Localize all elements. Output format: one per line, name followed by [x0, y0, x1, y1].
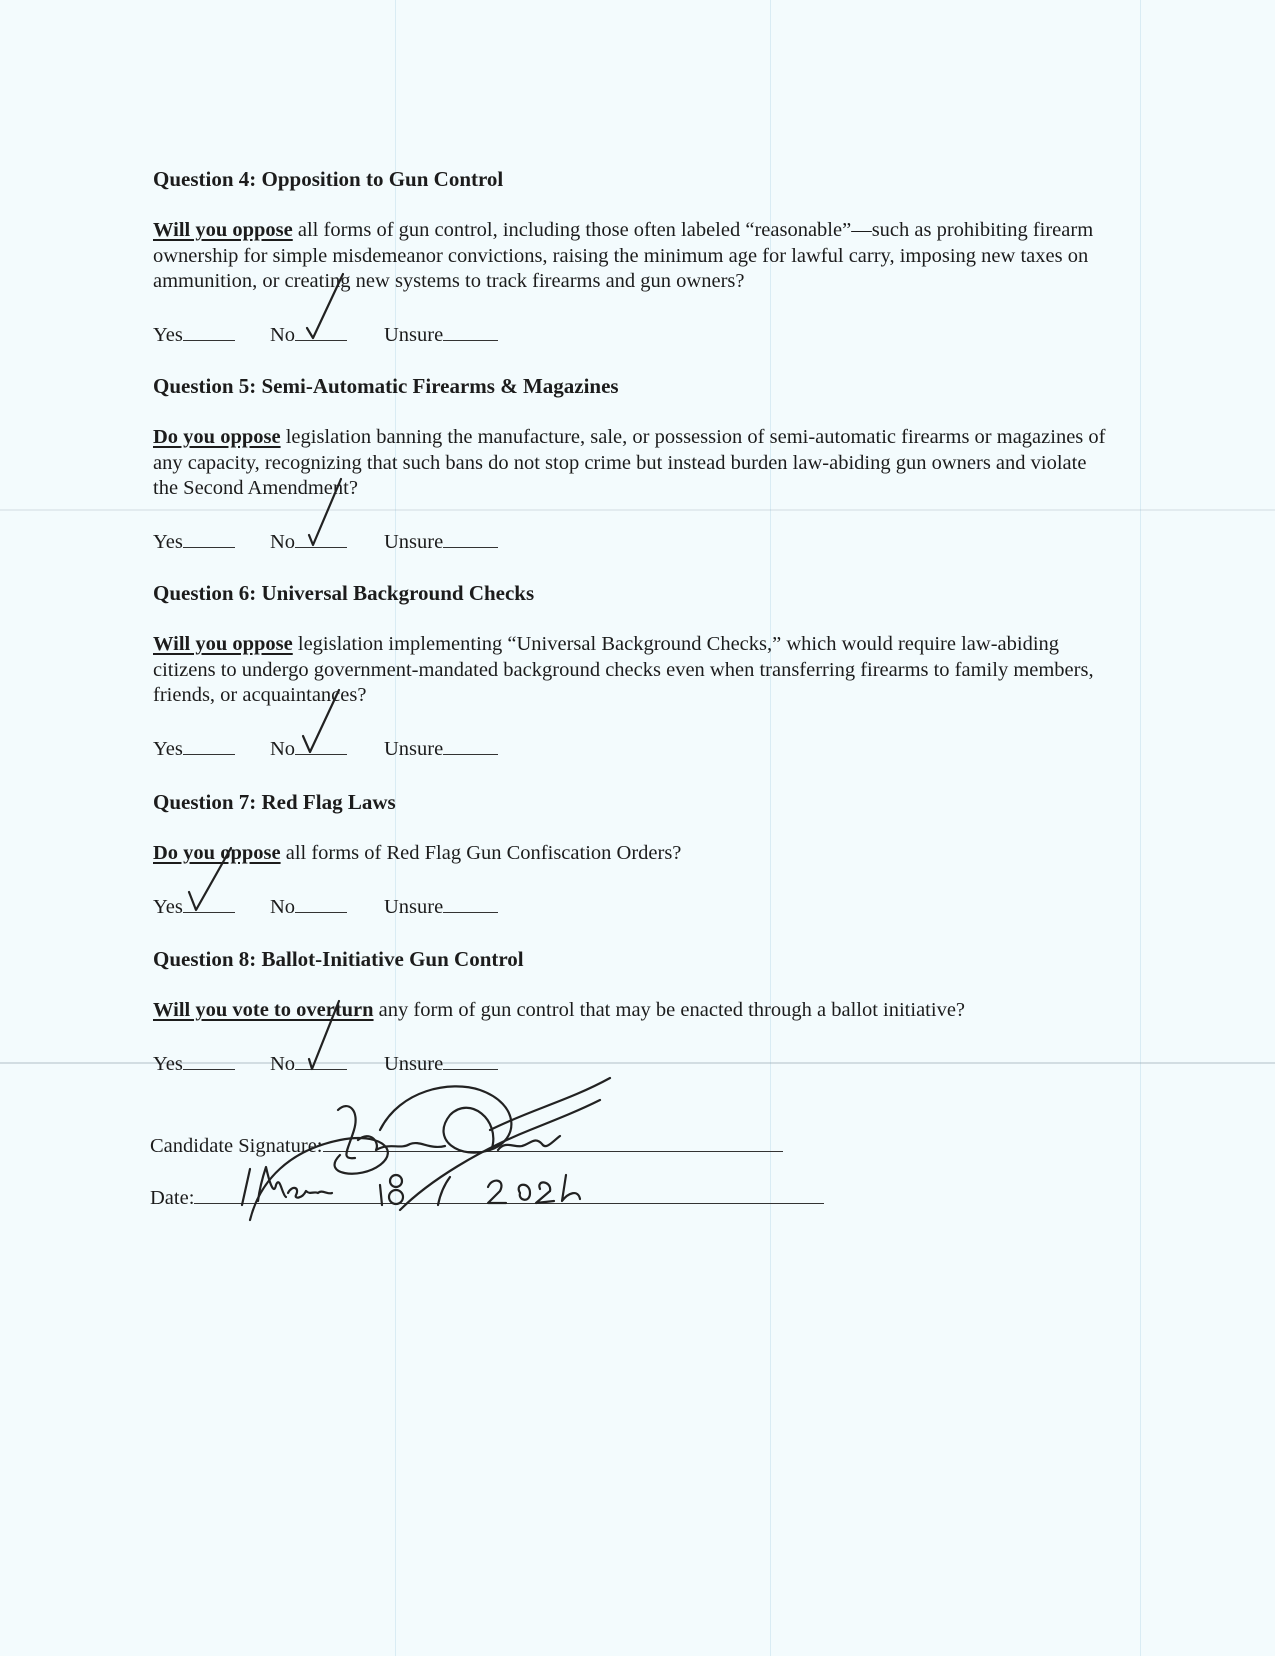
- option-label: Unsure: [384, 896, 443, 918]
- option-label: Yes: [153, 738, 183, 760]
- option-yes[interactable]: Yes: [153, 735, 235, 762]
- option-unsure[interactable]: Unsure: [384, 1050, 498, 1077]
- answer-blank[interactable]: [295, 321, 347, 341]
- question-lead: Do you oppose: [153, 426, 281, 448]
- question-7: Question 7: Red Flag Laws Do you oppose …: [153, 790, 1113, 919]
- option-label: Yes: [153, 531, 183, 553]
- question-text: Do you oppose legislation banning the ma…: [153, 425, 1113, 502]
- answer-blank[interactable]: [443, 528, 498, 548]
- answer-blank[interactable]: [295, 735, 347, 755]
- question-title: Question 7: Red Flag Laws: [153, 790, 1113, 815]
- date-field[interactable]: [194, 1185, 824, 1204]
- question-6: Question 6: Universal Background Checks …: [153, 581, 1113, 761]
- question-body: any form of gun control that may be enac…: [374, 999, 965, 1021]
- scan-streak: [1140, 0, 1141, 1656]
- option-unsure[interactable]: Unsure: [384, 528, 498, 555]
- option-label: No: [270, 738, 295, 760]
- option-label: Yes: [153, 896, 183, 918]
- question-body: legislation implementing “Universal Back…: [153, 633, 1094, 706]
- question-lead: Will you vote to overturn: [153, 999, 374, 1021]
- question-body: all forms of gun control, including thos…: [153, 219, 1093, 292]
- option-yes[interactable]: Yes: [153, 528, 235, 555]
- date-label: Date:: [150, 1187, 194, 1209]
- question-4: Question 4: Opposition to Gun Control Wi…: [153, 167, 1113, 347]
- answer-blank[interactable]: [183, 893, 235, 913]
- answer-blank[interactable]: [183, 321, 235, 341]
- answer-options: Yes No Unsure: [153, 1050, 1113, 1076]
- option-label: No: [270, 324, 295, 346]
- answer-blank[interactable]: [295, 1050, 347, 1070]
- question-title: Question 8: Ballot-Initiative Gun Contro…: [153, 947, 1113, 972]
- question-lead: Will you oppose: [153, 633, 293, 655]
- answer-blank[interactable]: [183, 528, 235, 548]
- answer-blank[interactable]: [443, 893, 498, 913]
- signature-row: Candidate Signature:: [150, 1133, 783, 1158]
- date-row: Date:: [150, 1185, 824, 1210]
- answer-blank[interactable]: [183, 1050, 235, 1070]
- question-body: all forms of Red Flag Gun Confiscation O…: [281, 842, 682, 864]
- question-lead: Do you oppose: [153, 842, 281, 864]
- option-unsure[interactable]: Unsure: [384, 735, 498, 762]
- question-5: Question 5: Semi-Automatic Firearms & Ma…: [153, 374, 1113, 554]
- question-text: Will you vote to overturn any form of gu…: [153, 998, 1113, 1024]
- option-yes[interactable]: Yes: [153, 321, 235, 348]
- option-no[interactable]: No: [270, 321, 347, 348]
- option-label: Unsure: [384, 324, 443, 346]
- option-yes[interactable]: Yes: [153, 1050, 235, 1077]
- question-text: Do you oppose all forms of Red Flag Gun …: [153, 841, 1113, 867]
- question-body: legislation banning the manufacture, sal…: [153, 426, 1105, 499]
- answer-blank[interactable]: [295, 893, 347, 913]
- signature-label: Candidate Signature:: [150, 1135, 323, 1157]
- question-title: Question 5: Semi-Automatic Firearms & Ma…: [153, 374, 1113, 399]
- answer-blank[interactable]: [443, 321, 498, 341]
- option-unsure[interactable]: Unsure: [384, 893, 498, 920]
- option-label: No: [270, 1053, 295, 1075]
- option-label: Unsure: [384, 531, 443, 553]
- answer-blank[interactable]: [295, 528, 347, 548]
- question-8: Question 8: Ballot-Initiative Gun Contro…: [153, 947, 1113, 1076]
- answer-options: Yes No Unsure: [153, 321, 1113, 347]
- question-lead: Will you oppose: [153, 219, 293, 241]
- question-title: Question 6: Universal Background Checks: [153, 581, 1113, 606]
- question-title: Question 4: Opposition to Gun Control: [153, 167, 1113, 192]
- answer-blank[interactable]: [443, 1050, 498, 1070]
- option-label: Unsure: [384, 1053, 443, 1075]
- option-yes[interactable]: Yes: [153, 893, 235, 920]
- answer-blank[interactable]: [443, 735, 498, 755]
- option-label: Yes: [153, 1053, 183, 1075]
- option-no[interactable]: No: [270, 1050, 347, 1077]
- option-unsure[interactable]: Unsure: [384, 321, 498, 348]
- question-text: Will you oppose legislation implementing…: [153, 632, 1113, 709]
- option-label: No: [270, 531, 295, 553]
- signature-field[interactable]: [323, 1133, 783, 1152]
- answer-options: Yes No Unsure: [153, 528, 1113, 554]
- answer-options: Yes No Unsure: [153, 893, 1113, 919]
- option-no[interactable]: No: [270, 735, 347, 762]
- option-label: Yes: [153, 324, 183, 346]
- answer-options: Yes No Unsure: [153, 735, 1113, 761]
- option-label: No: [270, 896, 295, 918]
- option-no[interactable]: No: [270, 893, 347, 920]
- answer-blank[interactable]: [183, 735, 235, 755]
- question-text: Will you oppose all forms of gun control…: [153, 218, 1113, 295]
- option-no[interactable]: No: [270, 528, 347, 555]
- option-label: Unsure: [384, 738, 443, 760]
